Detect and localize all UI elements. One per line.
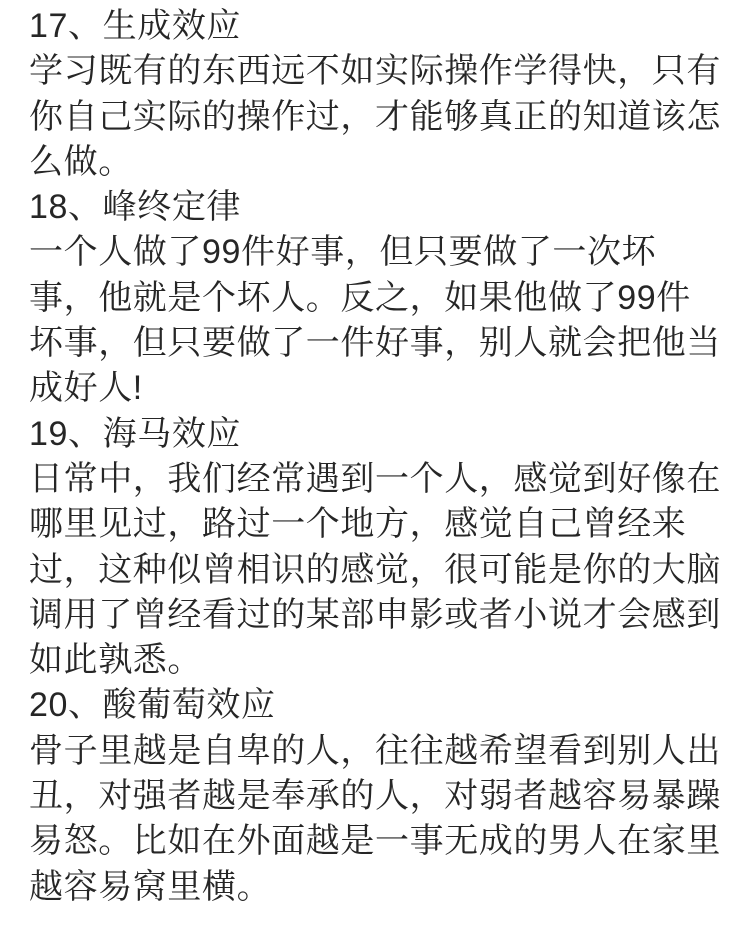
section-body-hippocampus-effect: 日常中，我们经常遇到一个人，感觉到好像在 哪里见过，路过一个地方，感觉自己曾经来… <box>29 457 722 683</box>
section-heading-generation-effect: 17、生成效应 <box>29 4 722 49</box>
section-body-sour-grapes-effect: 骨子里越是自卑的人，往往越希望看到别人出 丑，对强者越是奉承的人，对弱者越容易暴… <box>29 729 722 910</box>
section-heading-sour-grapes-effect: 20、酸葡萄效应 <box>29 683 722 728</box>
section-body-peak-end-rule: 一个人做了99件好事，但只要做了一次坏 事，他就是个坏人。反之，如果他做了99件… <box>29 230 722 411</box>
section-generation-effect: 17、生成效应 学习既有的东西远不如实际操作学得快，只有 你自己实际的操作过，才… <box>29 4 722 185</box>
section-body-generation-effect: 学习既有的东西远不如实际操作学得快，只有 你自己实际的操作过，才能够真正的知道该… <box>29 49 722 185</box>
section-hippocampus-effect: 19、海马效应 日常中，我们经常遇到一个人，感觉到好像在 哪里见过，路过一个地方… <box>29 412 722 684</box>
text-page: 17、生成效应 学习既有的东西远不如实际操作学得快，只有 你自己实际的操作过，才… <box>0 0 750 926</box>
section-peak-end-rule: 18、峰终定律 一个人做了99件好事，但只要做了一次坏 事，他就是个坏人。反之，… <box>29 185 722 411</box>
section-heading-peak-end-rule: 18、峰终定律 <box>29 185 722 230</box>
section-heading-hippocampus-effect: 19、海马效应 <box>29 412 722 457</box>
section-sour-grapes-effect: 20、酸葡萄效应 骨子里越是自卑的人，往往越希望看到别人出 丑，对强者越是奉承的… <box>29 683 722 909</box>
